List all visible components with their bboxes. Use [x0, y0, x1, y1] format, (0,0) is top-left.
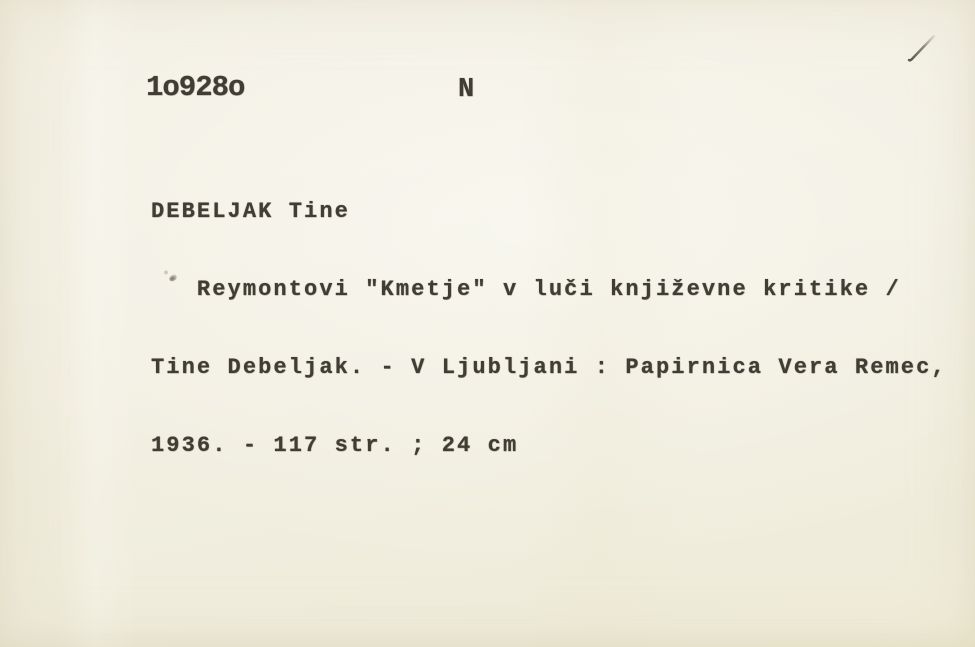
section-letter: N — [458, 76, 474, 104]
entry-imprint-line: Tine Debeljak. - V Ljubljani : Papirnica… — [151, 355, 947, 381]
catalog-card: 1o928o N DEBELJAK Tine Reymontovi "Kmetj… — [0, 0, 975, 647]
pen-slash-mark — [900, 28, 944, 68]
entry-collation-line: 1936. - 117 str. ; 24 cm — [151, 433, 947, 459]
entry-title-line: Reymontovi "Kmetje" v luči književne kri… — [151, 277, 947, 303]
catalog-entry: DEBELJAK Tine Reymontovi "Kmetje" v luči… — [151, 147, 947, 511]
entry-heading-line: DEBELJAK Tine — [151, 199, 947, 225]
call-number: 1o928o — [146, 74, 244, 102]
